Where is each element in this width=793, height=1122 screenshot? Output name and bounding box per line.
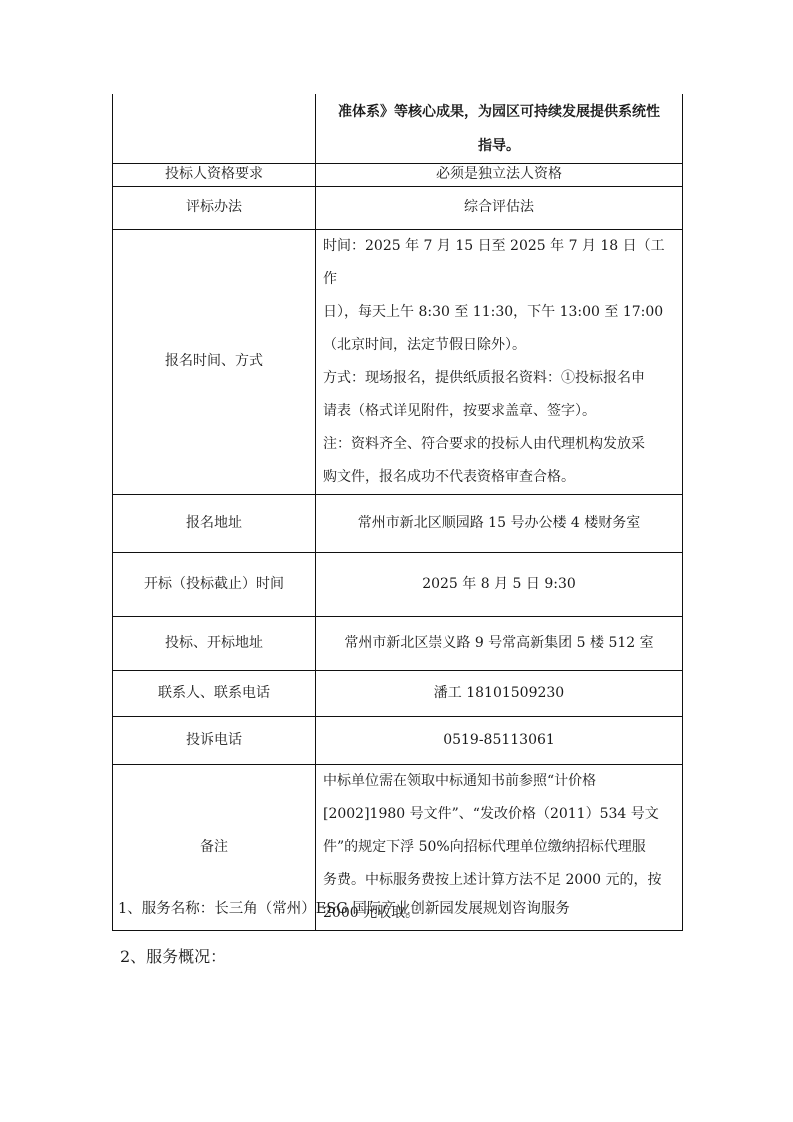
table-row: 报名时间、方式 时间：2025 年 7 月 15 日至 2025 年 7 月 1…	[113, 229, 683, 494]
text-line: 购文件，报名成功不代表资格审查合格。	[323, 461, 675, 494]
table-row: 开标（投标截止）时间 2025 年 8 月 5 日 9:30	[113, 552, 683, 616]
row-label-registration: 报名时间、方式	[113, 229, 316, 494]
row-label-evaluation: 评标办法	[113, 186, 316, 229]
row-value-registration: 时间：2025 年 7 月 15 日至 2025 年 7 月 18 日（工作 日…	[316, 229, 683, 494]
table-row: 联系人、联系电话 潘工 18101509230	[113, 670, 683, 716]
text-line: 务费。中标服务费按上述计算方法不足 2000 元的，按	[323, 864, 675, 897]
table-row: 报名地址 常州市新北区顺园路 15 号办公楼 4 楼财务室	[113, 494, 683, 552]
row-label-complaint-phone: 投诉电话	[113, 716, 316, 764]
table-row: 投诉电话 0519-85113061	[113, 716, 683, 764]
table-row: 投标、开标地址 常州市新北区崇义路 9 号常高新集团 5 楼 512 室	[113, 616, 683, 670]
row-value-complaint-phone: 0519-85113061	[316, 716, 683, 764]
row-value-registration-address: 常州市新北区顺园路 15 号办公楼 4 楼财务室	[316, 494, 683, 552]
text-line: 日），每天上午 8:30 至 11:30，下午 13:00 至 17:00	[323, 296, 675, 329]
tender-info-table: 准体系》等核心成果，为园区可持续发展提供系统性 指导。 投标人资格要求 必须是独…	[112, 94, 683, 931]
text-line: 时间：2025 年 7 月 15 日至 2025 年 7 月 18 日（工作	[323, 230, 675, 296]
table-cell-empty	[113, 94, 316, 163]
service-name-line: 1、服务名称：长三角（常州）ESG 国际产业创新园发展规划咨询服务	[118, 897, 570, 918]
row-label-qualification: 投标人资格要求	[113, 163, 316, 186]
row-label-opening-address: 投标、开标地址	[113, 616, 316, 670]
row-label-registration-address: 报名地址	[113, 494, 316, 552]
row-label-contact: 联系人、联系电话	[113, 670, 316, 716]
continuation-line: 指导。	[323, 129, 675, 163]
table-row-continuation: 准体系》等核心成果，为园区可持续发展提供系统性 指导。	[113, 94, 683, 163]
table-row: 投标人资格要求 必须是独立法人资格	[113, 163, 683, 186]
continuation-cell: 准体系》等核心成果，为园区可持续发展提供系统性 指导。	[316, 94, 683, 163]
text-line: （北京时间，法定节假日除外）。	[323, 329, 675, 362]
text-line: 方式：现场报名，提供纸质报名资料：①投标报名申	[323, 362, 675, 395]
text-line: 注：资料齐全、符合要求的投标人由代理机构发放采	[323, 428, 675, 461]
table-row: 评标办法 综合评估法	[113, 186, 683, 229]
row-value-qualification: 必须是独立法人资格	[316, 163, 683, 186]
row-value-opening-address: 常州市新北区崇义路 9 号常高新集团 5 楼 512 室	[316, 616, 683, 670]
text-line: 请表（格式详见附件，按要求盖章、签字）。	[323, 395, 675, 428]
service-overview-heading: 2、服务概况：	[120, 944, 226, 967]
document-page: 准体系》等核心成果，为园区可持续发展提供系统性 指导。 投标人资格要求 必须是独…	[0, 0, 793, 1122]
row-value-opening-time: 2025 年 8 月 5 日 9:30	[316, 552, 683, 616]
row-value-contact: 潘工 18101509230	[316, 670, 683, 716]
row-value-evaluation: 综合评估法	[316, 186, 683, 229]
row-label-opening-time: 开标（投标截止）时间	[113, 552, 316, 616]
text-line: 件”的规定下浮 50%向招标代理单位缴纳招标代理服	[323, 831, 675, 864]
text-line: [2002]1980 号文件”、“发改价格（2011）534 号文	[323, 798, 675, 831]
continuation-line: 准体系》等核心成果，为园区可持续发展提供系统性	[323, 95, 675, 129]
text-line: 中标单位需在领取中标通知书前参照“计价格	[323, 765, 675, 798]
